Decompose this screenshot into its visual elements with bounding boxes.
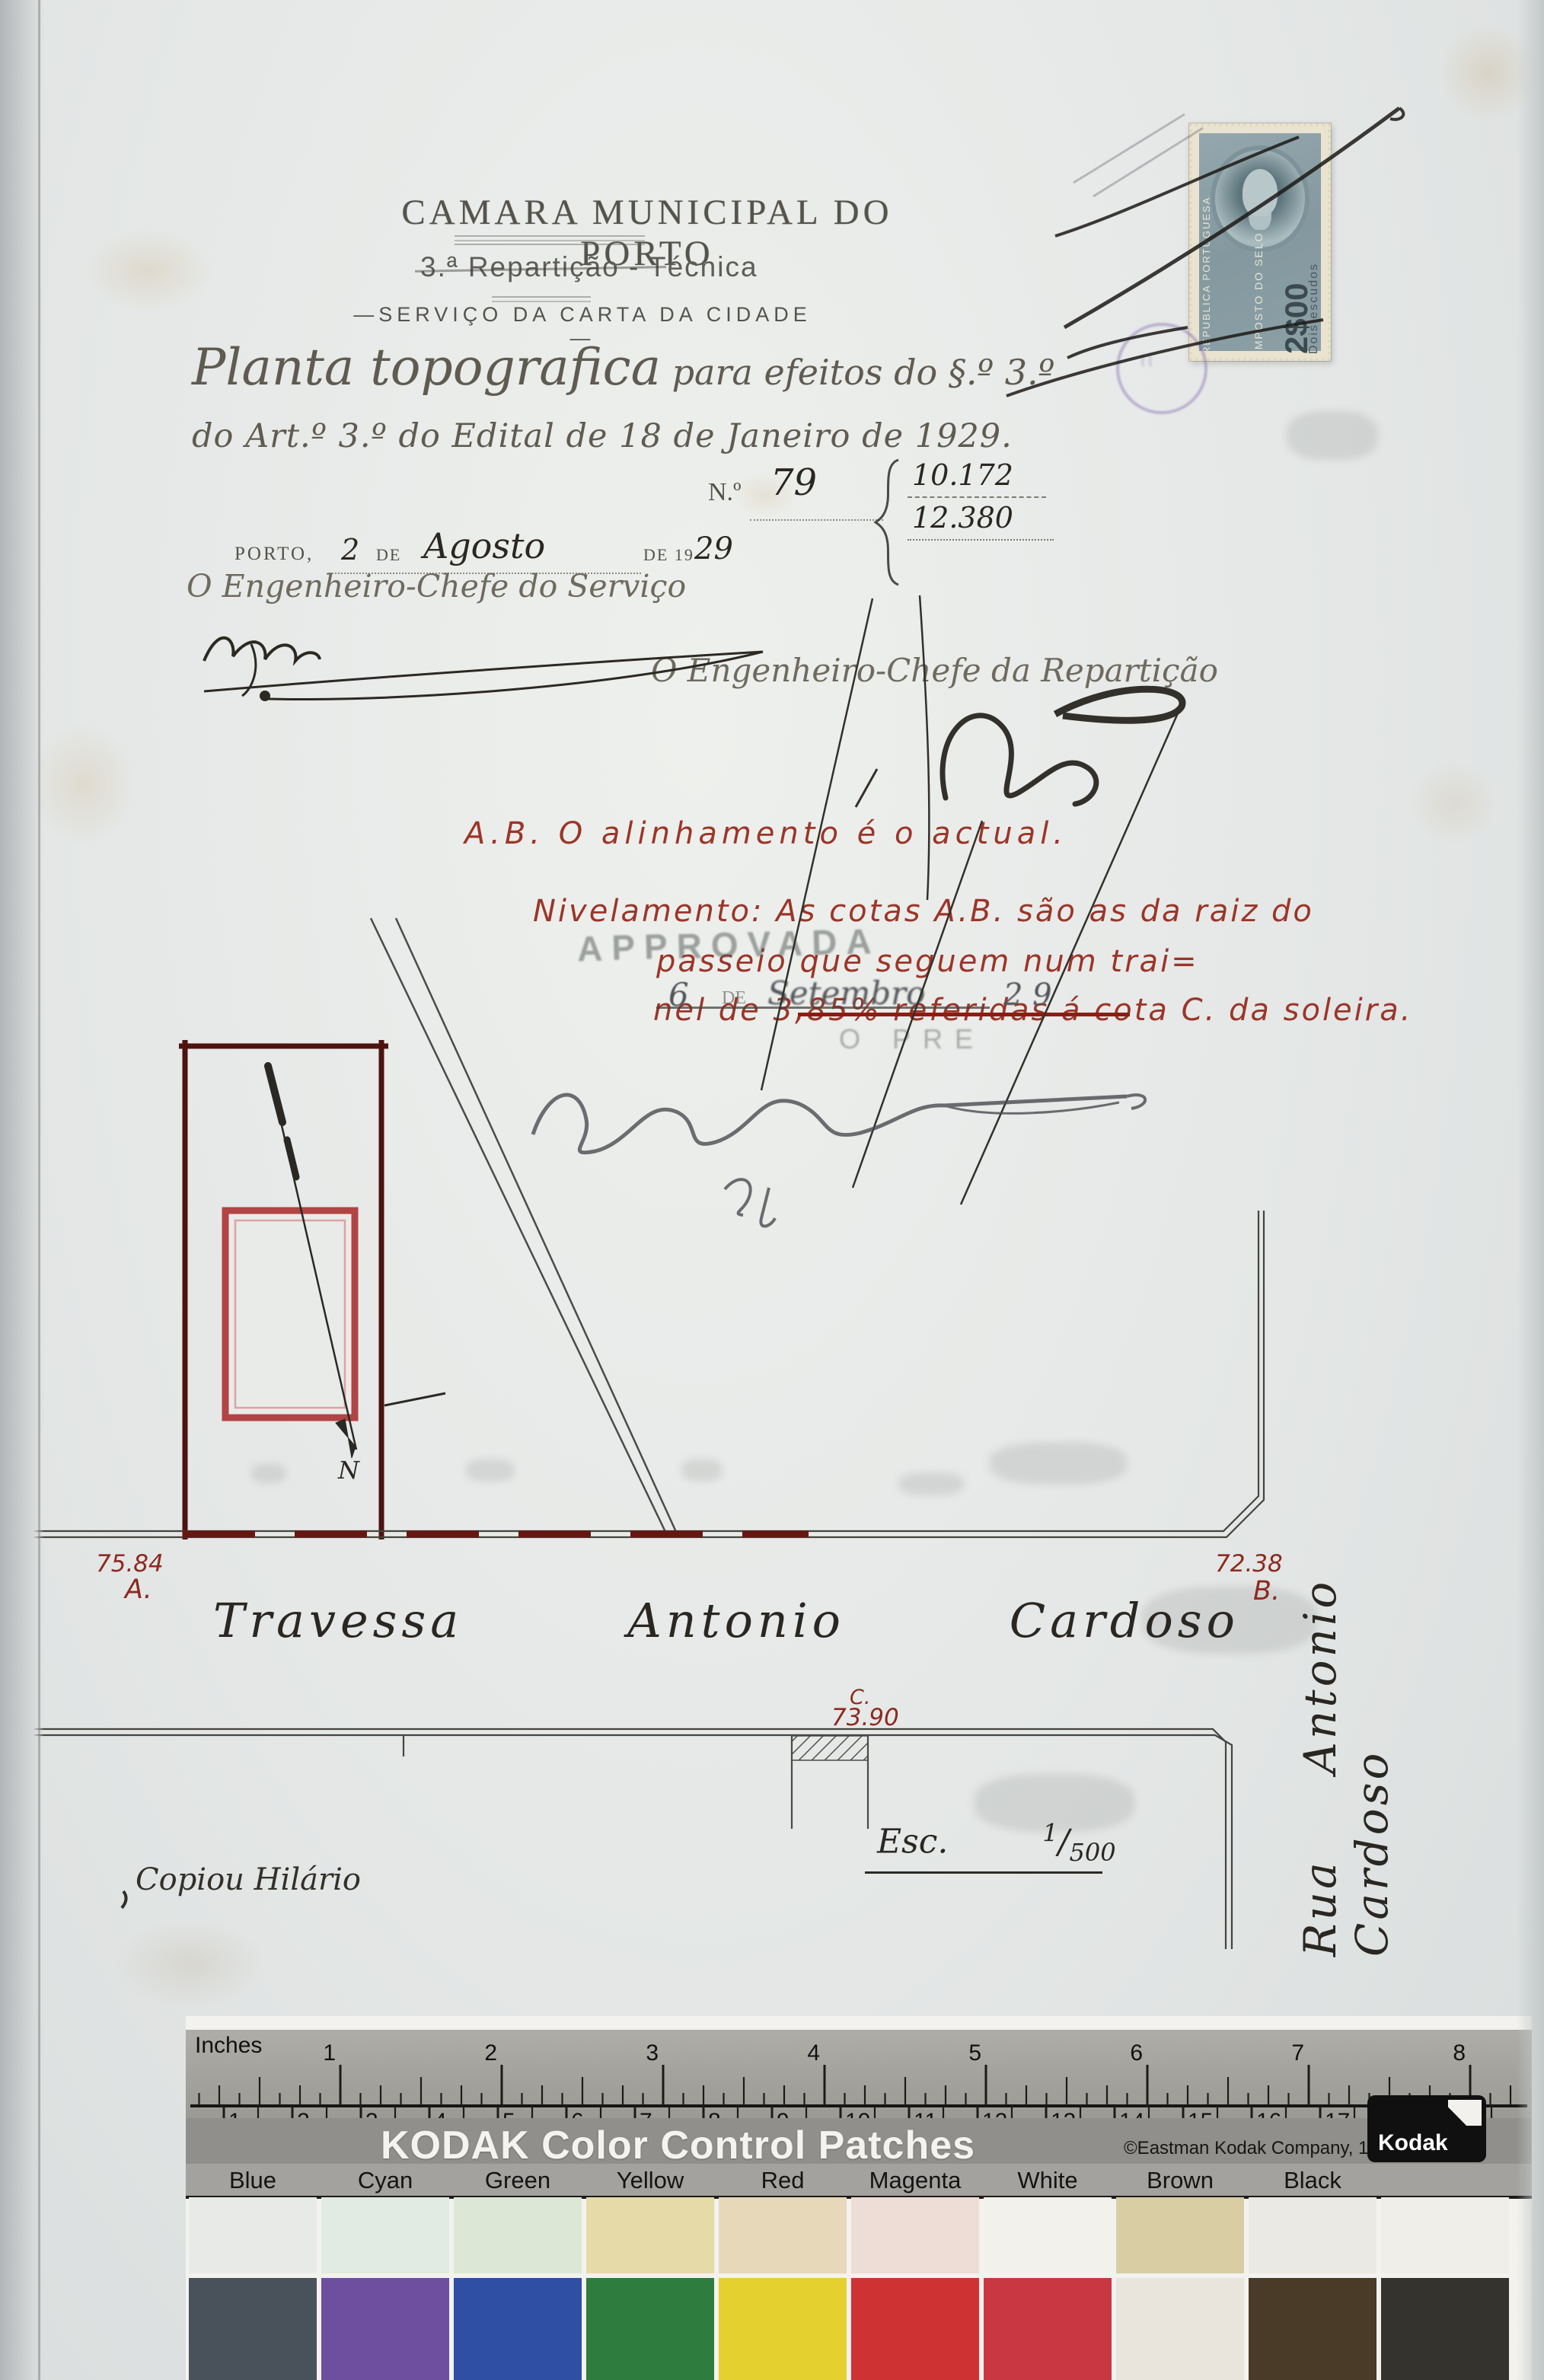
patch-bottom-row [851,2278,979,2380]
fiscal-stamp-country: REPUBLICA PORTUGUESA [1201,148,1212,354]
building-label-line2: RENTE [228,1288,352,1335]
inch-number: 8 [1449,2040,1466,2066]
inch-number: 4 [803,2040,820,2066]
color-name: Black [1284,2167,1341,2194]
de-label: DE [376,545,401,565]
patch-top-row [586,2197,714,2273]
chief-service-caption: O Engenheiro-Chefe do Serviço [187,568,686,605]
street-line-north [21,1211,1264,1537]
inch-number: 5 [965,2040,981,2066]
patch-top-row [454,2197,582,2273]
ref-top-underline [908,496,1046,498]
ref-bottom-underline [908,539,1054,541]
number-value: 79 [770,461,817,504]
color-name: Red [761,2167,805,2194]
color-name: Green [485,2167,550,2194]
street-label-travessa: Travessa Antonio Cardoso [213,1593,1239,1648]
paper-stain [84,228,213,312]
approver-signature [533,1095,1145,1227]
hatch-block [792,1736,868,1829]
leveling-note-line1: Nivelamento: As cotas A.B. são as da rai… [533,894,1314,929]
approval-stamp-text: APPROVADA [576,920,881,969]
fiscal-stamp-portrait [1243,169,1278,216]
elevation-a-value: 75.84 [96,1550,164,1578]
patch-top-row [1116,2197,1244,2273]
inch-number: 6 [1126,2040,1143,2066]
color-name: Yellow [617,2167,684,2194]
doc-title-line1: Planta topografica para efeitos do §.º 3… [192,338,1054,397]
color-name: Brown [1147,2167,1214,2194]
kodak-logo-text: Kodak [1378,2130,1448,2156]
dotted-leader [750,519,883,521]
round-stamp: ⌇⌇ [1116,323,1207,414]
scale-denominator: 500 [1070,1837,1116,1866]
patch-bottom-row [586,2278,714,2380]
patch-top-row [1249,2197,1377,2273]
approval-year: 2 9 [1003,978,1052,1013]
north-label: N [338,1456,359,1485]
kodak-logo: Kodak [1367,2095,1486,2162]
patch-bottom-row [321,2278,449,2380]
ink-mark [122,1891,126,1908]
street-label-rua: Rua Antonio Cardoso [1294,1287,1398,1957]
building-label: REQVE- RENTE [228,1241,352,1335]
scale-label: Esc. [877,1823,948,1862]
scale-text: Esc. 1/500 [877,1818,1116,1866]
struck-text [455,233,645,248]
elevation-c-value: 73.90 [831,1704,899,1731]
smudge [466,1459,515,1482]
inch-number: 7 [1287,2040,1304,2066]
wedge-lines [371,918,676,1532]
city-label: PORTO, [234,544,314,565]
elevation-a-label: A. [125,1574,152,1605]
ref-top: 10.172 [912,458,1013,492]
color-name: Magenta [869,2167,962,2194]
building-label-line1: REQVE- [228,1241,352,1288]
copied-by: Copiou Hilário [136,1862,361,1897]
fiscal-stamp-panel: REPUBLICA PORTUGUESA IMPOSTO DO SELO 2$0… [1199,133,1321,351]
patch-top-row [984,2197,1112,2273]
patch-top-row [719,2197,847,2273]
inch-number: 1 [319,2040,336,2066]
approval-de: DE [722,988,746,1009]
pencil-scribble [1073,114,1203,196]
scanned-document: CAMARA MUNICIPAL DO PORTO 3.ª Repartição… [0,0,1544,2380]
smudge [1287,411,1378,460]
patch-bottom-row [984,2278,1112,2380]
elevation-b-label: B. [1253,1576,1280,1606]
color-name: White [1017,2167,1077,2194]
kodak-title: KODAK Color Control Patches [381,2123,975,2168]
color-name: Blue [229,2167,276,2194]
month-value: Agosto [423,525,545,566]
fiscal-stamp: REPUBLICA PORTUGUESA IMPOSTO DO SELO 2$0… [1189,123,1331,361]
paper-stain [30,723,137,845]
patch-bottom-row [719,2278,847,2380]
day-value: 2 [341,533,359,566]
fiscal-stamp-tax: IMPOSTO DO SELO [1252,225,1265,354]
patch-top-row [1381,2197,1509,2273]
patch-bottom-row [1381,2278,1509,2380]
doc-title-line2: do Art.º 3.º do Edital de 18 de Janeiro … [192,417,1013,455]
kodak-title-band: KODAK Color Control Patches ©Eastman Kod… [186,2118,1532,2164]
year-value: 29 [694,531,733,566]
inch-number: 3 [642,2040,659,2066]
page-seam [38,0,40,2380]
patch-bottom-row [1249,2278,1377,2380]
paper-stain [114,1919,266,2010]
smudge [898,1472,964,1495]
number-label: N.º [708,478,742,507]
color-names-band: BlueCyanGreenYellowRedMagentaWhiteBrownB… [186,2164,1532,2199]
alignment-note: A.B. O alinhamento é o actual. [464,816,1067,851]
ref-brace [876,460,898,585]
doc-title-main: Planta topografica [192,338,661,397]
kodak-color-card: Inches Centimetres 123456781234567891011… [186,2016,1532,2380]
fiscal-stamp-value-words: Dois escudos [1307,232,1321,354]
smudge [681,1459,723,1482]
inch-number: 2 [480,2040,497,2066]
patch-bottom-row [454,2278,582,2380]
patch-top-row [321,2197,449,2273]
round-stamp-marks: ⌇⌇ [1139,352,1154,371]
patch-bottom-row [1116,2278,1244,2380]
ref-bottom: 12.380 [912,501,1013,534]
page-right-shade [1517,0,1544,2380]
smudge [251,1463,286,1483]
doc-title-rest: para efeitos do §.º 3.º [661,352,1054,393]
approval-underline [656,1007,990,1009]
color-name: Cyan [358,2167,413,2194]
ruler: Inches Centimetres 123456781234567891011… [186,2030,1532,2118]
kodak-copyright: ©Eastman Kodak Company, 1977 [1124,2138,1399,2159]
approval-footer: O PRE [839,1023,985,1055]
de-year-label: DE 19 [643,545,694,565]
patch-bottom-row [189,2278,317,2380]
approval-red-line [798,1013,1130,1016]
scale-numerator: 1 [1042,1818,1058,1847]
scale-underline [865,1871,1102,1874]
kodak-logo-corner [1448,2100,1482,2126]
patch-top-row [851,2197,979,2273]
patch-top-row [189,2197,317,2273]
elevation-b-value: 72.38 [1215,1550,1283,1578]
smudge [990,1442,1127,1485]
color-patches [187,2197,1531,2380]
paper-stain [1408,761,1500,845]
chief-dept-caption: O Engenheiro-Chefe da Repartição [651,652,1218,689]
